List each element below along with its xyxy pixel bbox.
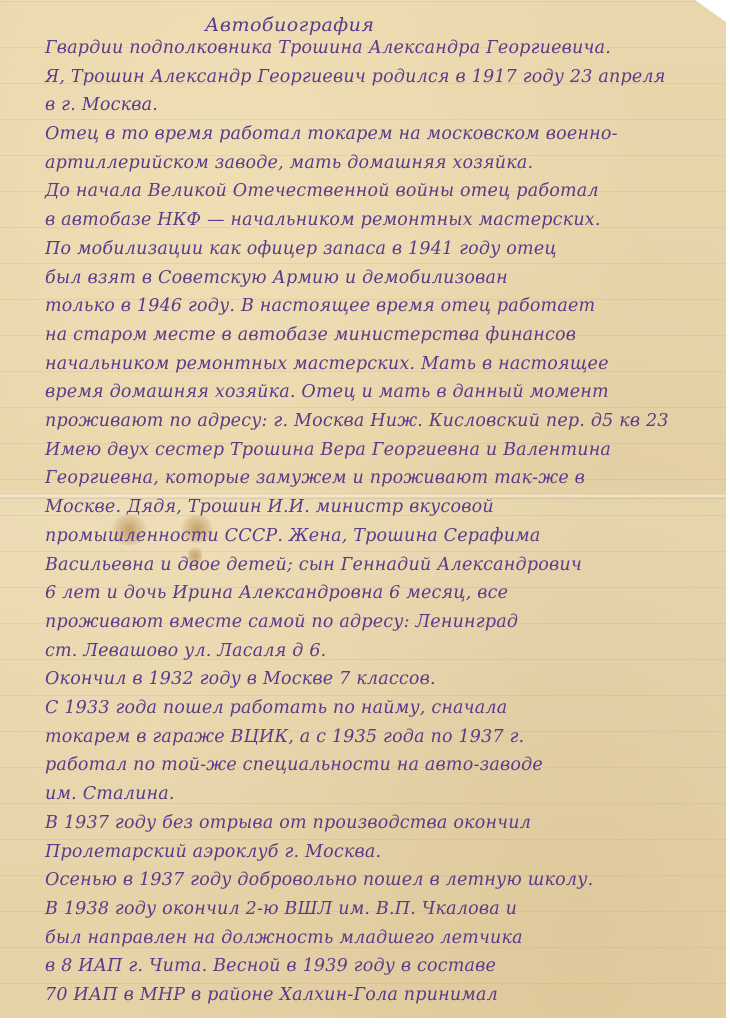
text-line: проживают по адресу: г. Москва Ниж. Кисл… bbox=[45, 411, 669, 431]
text-line: на старом месте в автобазе министерства … bbox=[45, 325, 576, 345]
text-line: им. Сталина. bbox=[45, 784, 175, 804]
document-title: Автобиография bbox=[205, 14, 374, 36]
text-line: В 1937 году без отрыва от производства о… bbox=[45, 813, 531, 833]
text-line: промышленности СССР. Жена, Трошина Сераф… bbox=[45, 526, 541, 546]
text-line: Пролетарский аэроклуб г. Москва. bbox=[45, 842, 381, 862]
text-line: Имею двух сестер Трошина Вера Георгиевна… bbox=[45, 440, 611, 460]
text-line: Москве. Дядя, Трошин И.И. министр вкусов… bbox=[45, 497, 494, 517]
text-line: По мобилизации как офицер запаса в 1941 … bbox=[45, 239, 557, 259]
text-line: Георгиевна, которые замужем и проживают … bbox=[45, 468, 585, 488]
text-line: Я, Трошин Александр Георгиевич родился в… bbox=[45, 67, 666, 87]
text-line: начальником ремонтных мастерских. Мать в… bbox=[45, 354, 609, 374]
text-line: Гвардии подполковника Трошина Александра… bbox=[45, 38, 611, 58]
text-line: До начала Великой Отечественной войны от… bbox=[45, 181, 599, 201]
text-line: токарем в гараже ВЦИК, а с 1935 года по … bbox=[45, 727, 524, 747]
text-line: Отец в то время работал токарем на моско… bbox=[45, 124, 618, 144]
text-line: артиллерийском заводе, мать домашняя хоз… bbox=[45, 153, 533, 173]
text-line: Васильевна и двое детей; сын Геннадий Ал… bbox=[45, 555, 582, 575]
text-line: в автобазе НКФ — начальником ремонтных м… bbox=[45, 210, 601, 230]
text-line: в г. Москва. bbox=[45, 95, 158, 115]
text-line: 70 ИАП в МНР в районе Халхин-Гола приним… bbox=[45, 985, 498, 1005]
text-line: Окончил в 1932 году в Москве 7 классов. bbox=[45, 669, 436, 689]
text-line: только в 1946 году. В настоящее время от… bbox=[45, 296, 595, 316]
text-line: С 1933 года пошел работать по найму, сна… bbox=[45, 698, 507, 718]
text-line: в 8 ИАП г. Чита. Весной в 1939 году в со… bbox=[45, 956, 496, 976]
text-line: работал по той-же специальности на авто-… bbox=[45, 755, 543, 775]
text-line: 6 лет и дочь Ирина Александровна 6 месяц… bbox=[45, 583, 508, 603]
text-line: проживают вместе самой по адресу: Ленинг… bbox=[45, 612, 518, 632]
text-line: был взят в Советскую Армию и демобилизов… bbox=[45, 268, 508, 288]
text-line: ст. Левашово ул. Ласаля д 6. bbox=[45, 641, 326, 661]
text-line: был направлен на должность младшего летч… bbox=[45, 928, 523, 948]
text-line: В 1938 году окончил 2-ю ВШЛ им. В.П. Чка… bbox=[45, 899, 517, 919]
text-line: время домашняя хозяйка. Отец и мать в да… bbox=[45, 382, 609, 402]
document-page: Автобиография Гвардии подполковника Трош… bbox=[0, 0, 726, 1018]
text-line: Осенью в 1937 году добровольно пошел в л… bbox=[45, 870, 593, 890]
